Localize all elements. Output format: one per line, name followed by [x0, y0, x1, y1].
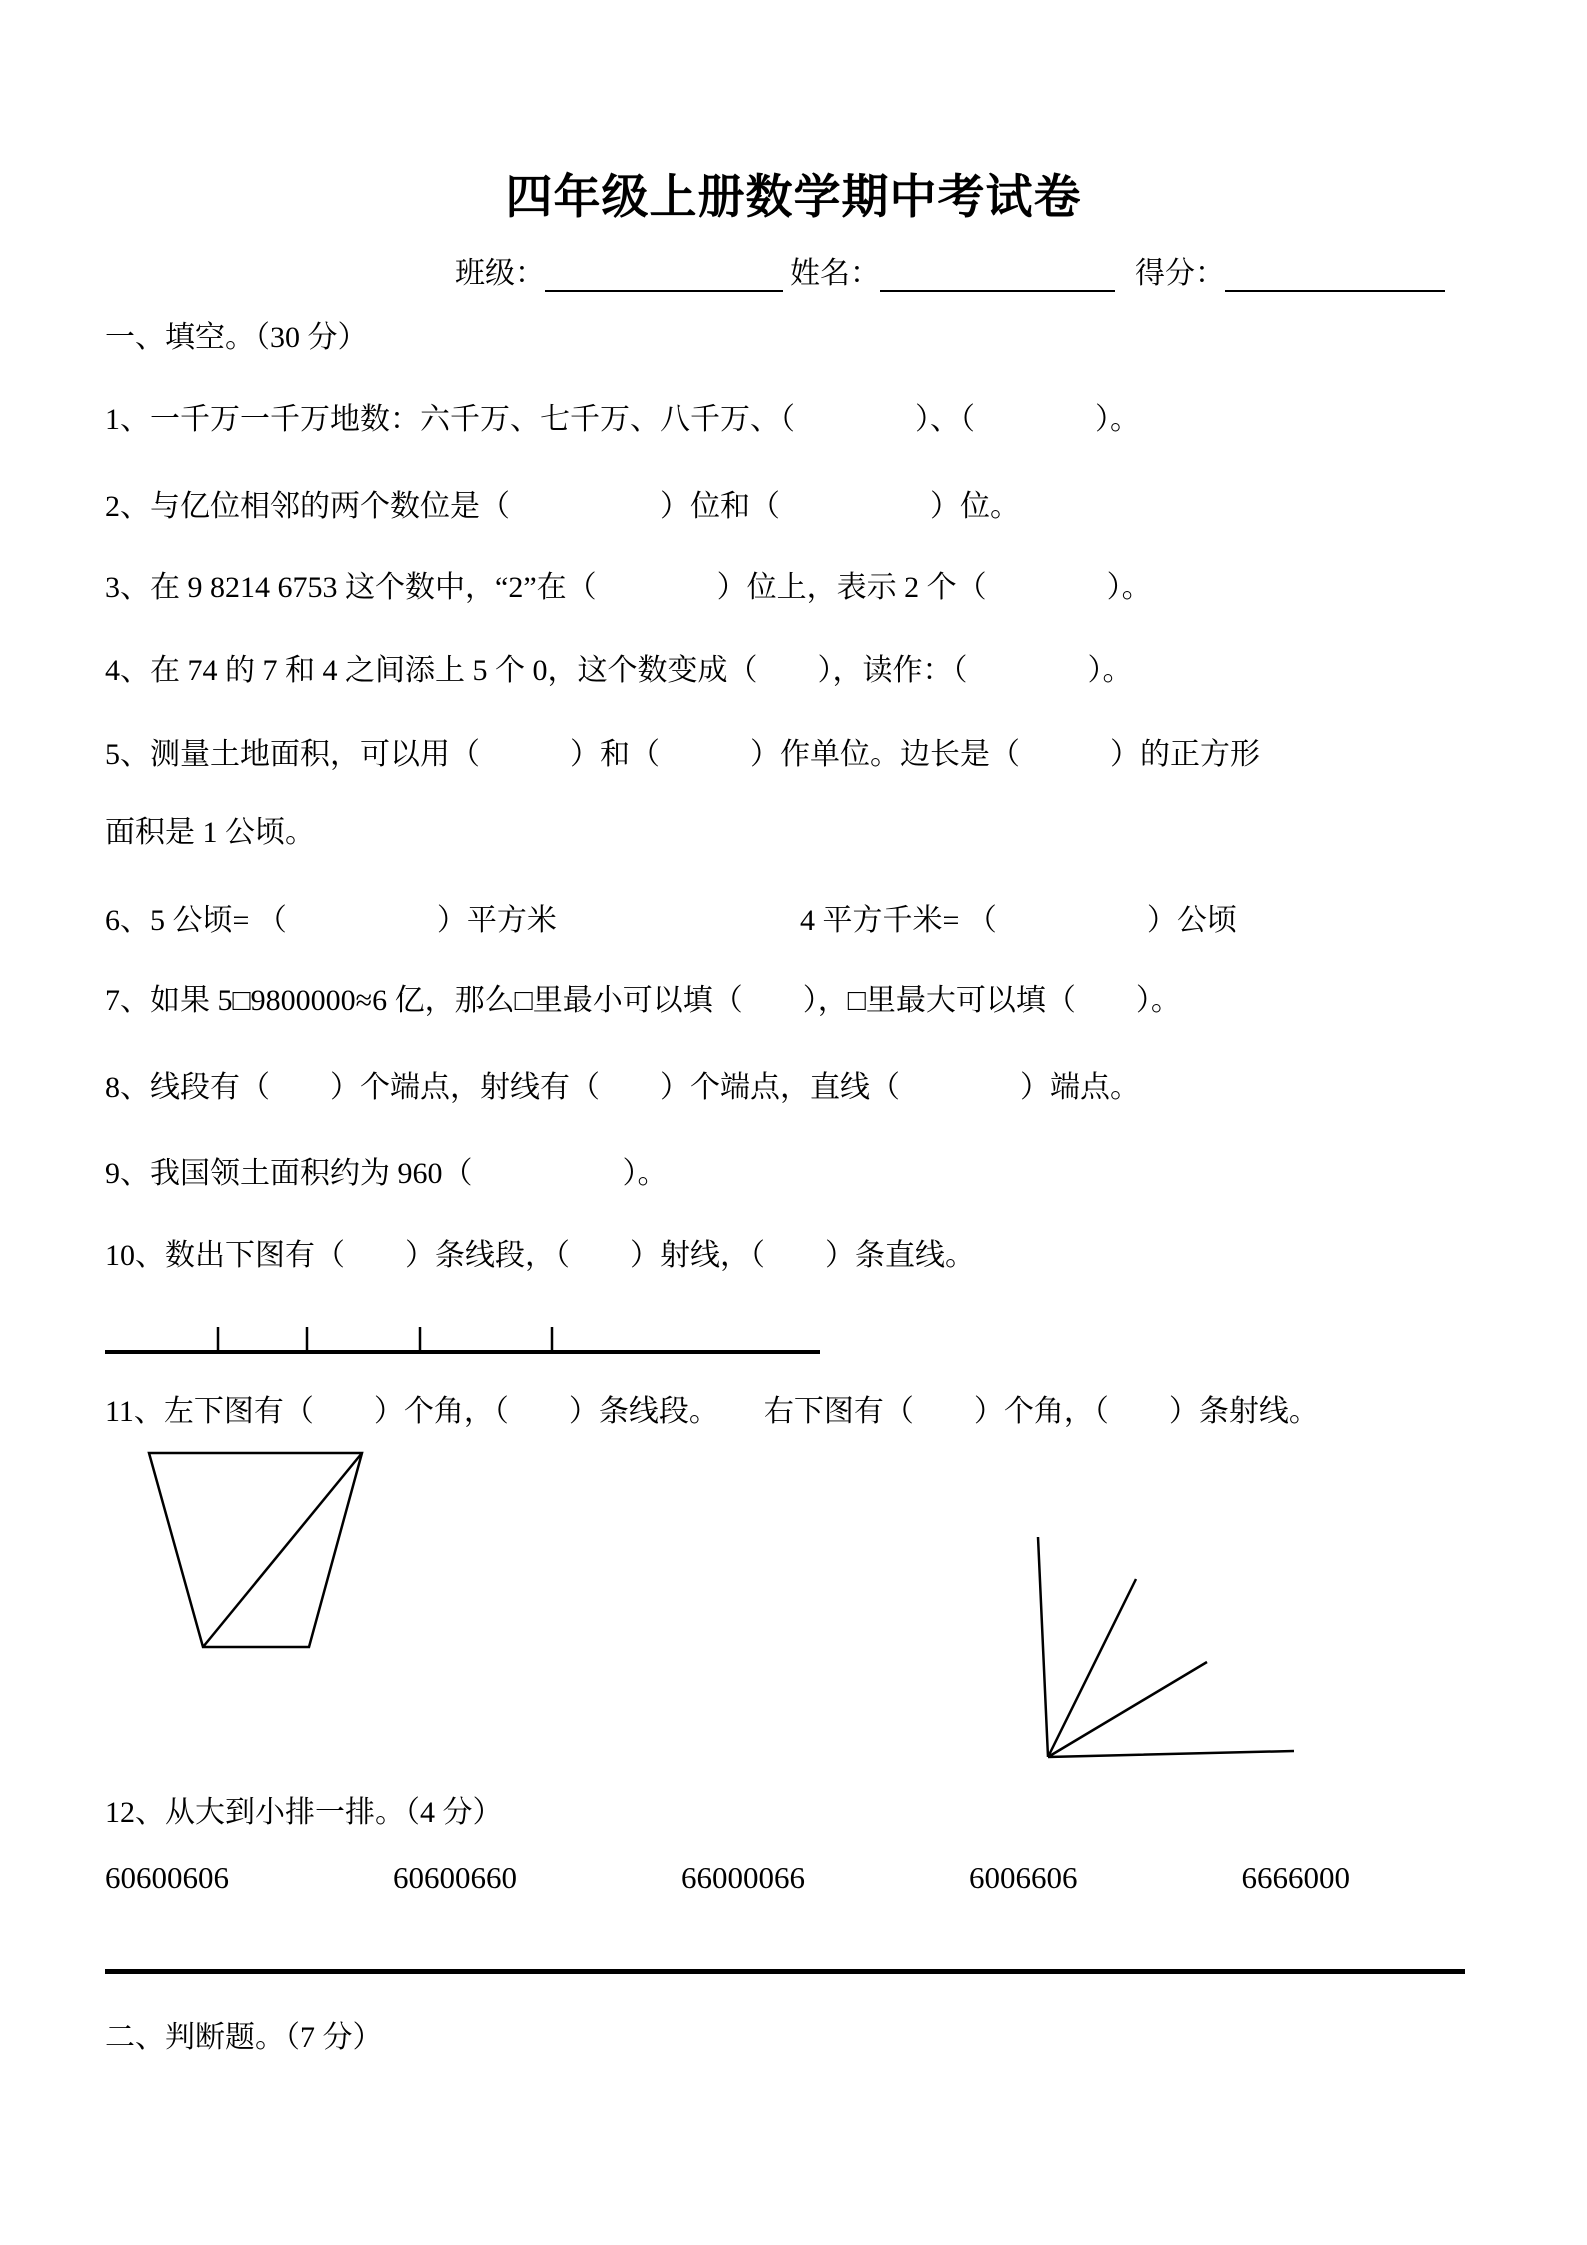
name-label: 姓名：: [790, 257, 880, 290]
question-11: 11、左下图有（ ）个角，（ ）条线段。 右下图有（ ）个角，（ ）条射线。: [105, 1392, 1319, 1433]
question-5-continuation: 面积是 1 公顷。: [105, 813, 315, 854]
exam-paper-page: 四年级上册数学期中考试卷 班级： 姓名： 得分： 一、填空。（30 分） 1、一…: [0, 0, 1587, 2245]
number-line-tick-marks: [218, 1327, 552, 1350]
q12-number-3: 66000066: [681, 1860, 805, 1896]
question-6-right: 4 平方千米= （ ）公顷: [800, 901, 1237, 942]
q12-numbers-row: 60600606 60600660 66000066 6006606 66660…: [105, 1860, 1350, 1896]
q12-number-5: 6666000: [1242, 1860, 1351, 1896]
score-label: 得分：: [1135, 257, 1225, 290]
q12-number-1: 60600606: [105, 1860, 229, 1896]
question-1: 1、一千万一千万地数：六千万、七千万、八千万、（ ）、（ ）。: [105, 400, 1140, 441]
header-score-group: 得分：: [1135, 248, 1445, 292]
q12-number-4: 6006606: [969, 1860, 1078, 1896]
question-8: 8、线段有（ ）个端点，射线有（ ）个端点，直线（ ）端点。: [105, 1068, 1140, 1109]
question-6-left: 6、5 公顷= （ ）平方米: [105, 901, 557, 942]
name-blank-line: [880, 256, 1115, 292]
section-1-heading: 一、填空。（30 分）: [105, 318, 368, 359]
angle-rays: [1038, 1537, 1294, 1757]
trapezoid-diagonal: [203, 1453, 362, 1647]
score-blank-line: [1225, 256, 1445, 292]
question-10: 10、数出下图有（ ）条线段，（ ）射线，（ ）条直线。: [105, 1236, 975, 1277]
class-blank-line: [545, 256, 783, 292]
question-2: 2、与亿位相邻的两个数位是（ ）位和（ ）位。: [105, 487, 1020, 528]
exam-title: 四年级上册数学期中考试卷: [0, 160, 1587, 227]
question-7: 7、如果 5□9800000≈6 亿，那么□里最小可以填（ ），□里最大可以填（…: [105, 981, 1181, 1022]
question-9: 9、我国领土面积约为 960（ ）。: [105, 1154, 668, 1195]
section-2-heading: 二、判断题。（7 分）: [105, 2018, 383, 2059]
q12-number-2: 60600660: [393, 1860, 517, 1896]
question-5: 5、测量土地面积，可以用（ ）和（ ）作单位。边长是（ ）的正方形: [105, 735, 1260, 776]
question-12: 12、从大到小排一排。（4 分）: [105, 1793, 503, 1834]
trapezoid-outline: [149, 1453, 362, 1647]
class-label: 班级：: [455, 257, 545, 290]
question-4: 4、在 74 的 7 和 4 之间添上 5 个 0，这个数变成（ ），读作：（ …: [105, 651, 1133, 692]
question-3: 3、在 9 8214 6753 这个数中，“2”在（ ）位上，表示 2 个（ ）…: [105, 568, 1152, 609]
header-class-group: 班级：: [455, 248, 783, 292]
section-separator-rule: [105, 1969, 1465, 1974]
header-name-group: 姓名：: [790, 248, 1115, 292]
